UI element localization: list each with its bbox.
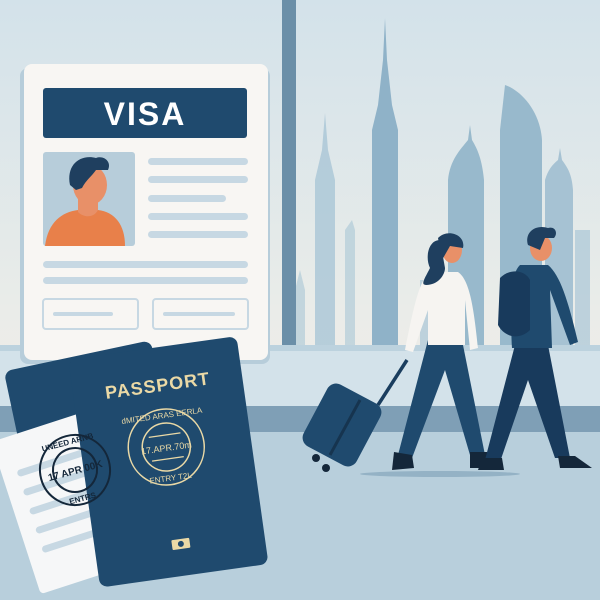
- visa-photo: [43, 152, 135, 246]
- travel-illustration: VISA: [0, 0, 600, 600]
- backpack: [498, 271, 530, 336]
- visa-document: VISA: [20, 64, 270, 364]
- window-frame-post: [282, 0, 296, 400]
- illustration-canvas: VISA: [0, 0, 600, 600]
- visa-title: VISA: [104, 96, 187, 132]
